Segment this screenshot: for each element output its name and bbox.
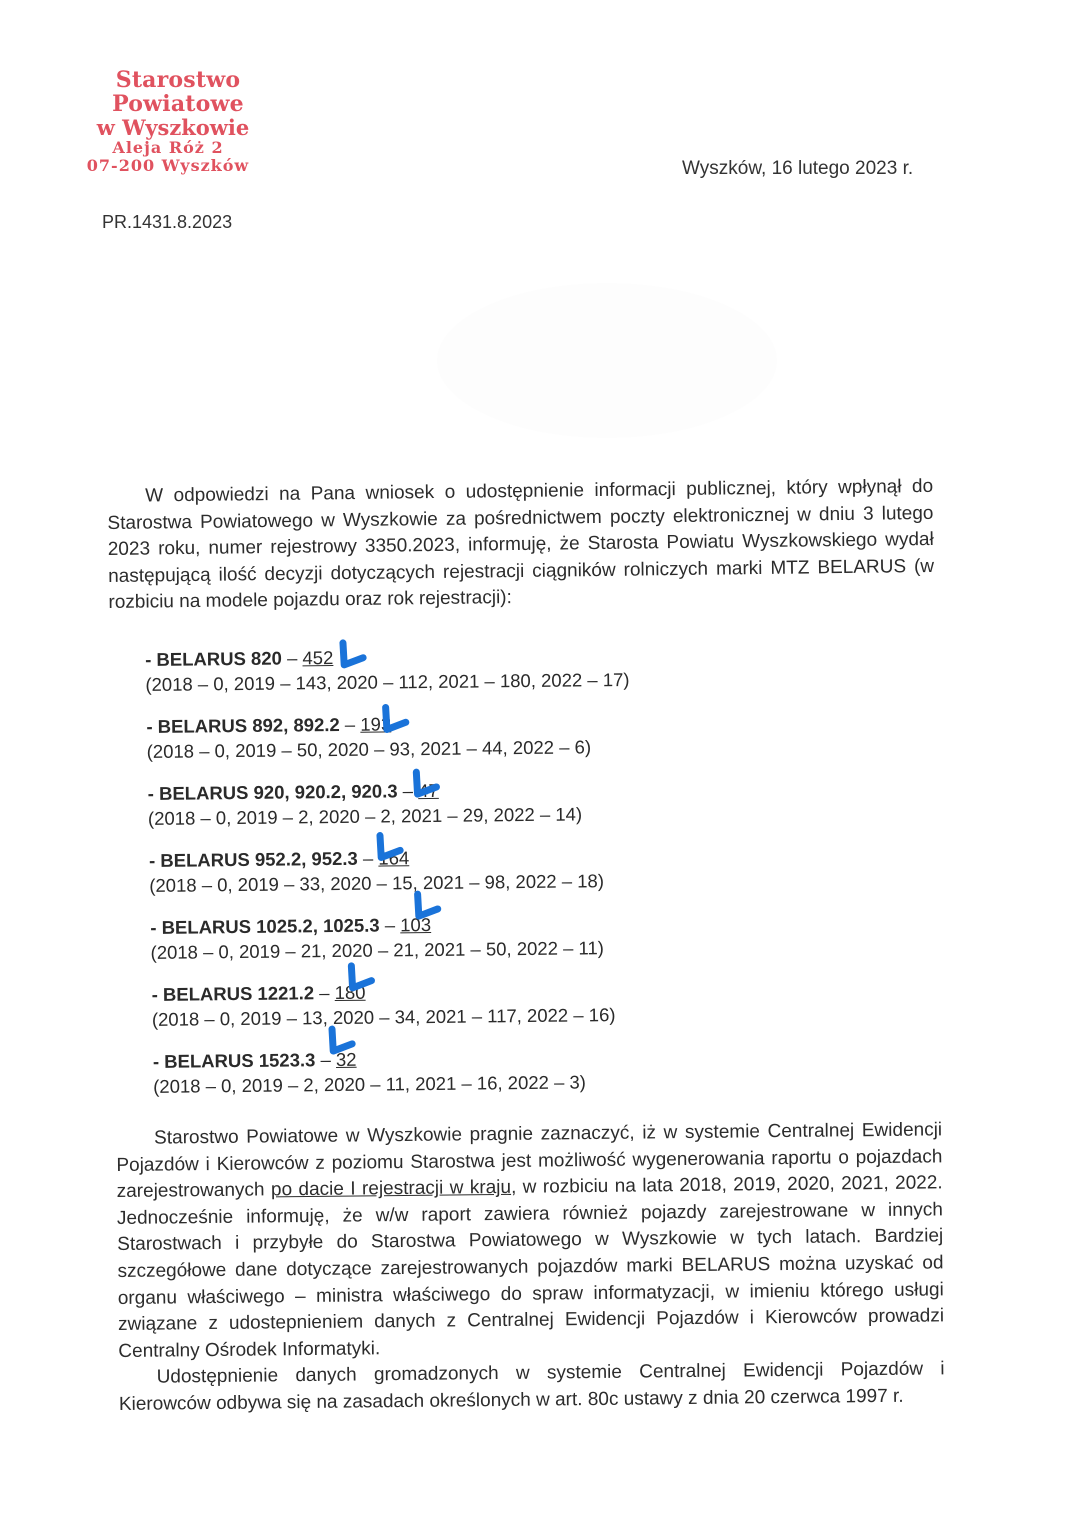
model-name: - BELARUS 820: [145, 648, 282, 670]
redacted-addressee: [437, 283, 777, 438]
model-yearly-breakdown: (2018 – 0, 2019 – 2, 2020 – 11, 2021 – 1…: [153, 1069, 750, 1099]
office-stamp: Starostwo Powiatowe w Wyszkowie Aleja Ró…: [58, 68, 298, 175]
checkmark-icon: [378, 703, 412, 737]
model-name: - BELARUS 952.2, 952.3: [149, 848, 358, 871]
model-entry: - BELARUS 1221.2 – 180(2018 – 0, 2019 – …: [149, 976, 750, 1049]
model-name: - BELARUS 920, 920.2, 920.3: [148, 780, 398, 804]
checkmark-icon: [408, 768, 442, 802]
model-entry: - BELARUS 1025.2, 1025.3 – 103(2018 – 0,…: [148, 909, 749, 982]
model-entry: - BELARUS 892, 892.2 – 193(2018 – 0, 201…: [146, 708, 747, 781]
checkmark-icon: [372, 831, 406, 865]
separator: –: [314, 982, 335, 1003]
second-paragraph-part2: , w rozbiciu na lata 2018, 2019, 2020, 2…: [117, 1173, 944, 1362]
third-paragraph: Udostępnienie danych gromadzonych w syst…: [119, 1359, 945, 1415]
model-yearly-breakdown: (2018 – 0, 2019 – 143, 2020 – 112, 2021 …: [145, 667, 745, 697]
model-entry: - BELARUS 952.2, 952.3 – 164(2018 – 0, 2…: [147, 842, 748, 915]
underlined-phrase: po dacie I rejestracji w kraju: [271, 1177, 511, 1201]
second-paragraph: Starostwo Powiatowe w Wyszkowie pragnie …: [116, 1117, 945, 1418]
model-entry: - BELARUS 820 – 452(2018 – 0, 2019 – 143…: [145, 641, 746, 714]
model-yearly-breakdown: (2018 – 0, 2019 – 13, 2020 – 34, 2021 – …: [152, 1002, 749, 1032]
model-name: - BELARUS 1025.2, 1025.3: [150, 915, 380, 938]
model-yearly-breakdown: (2018 – 0, 2019 – 50, 2020 – 93, 2021 – …: [147, 734, 747, 764]
checkmark-icon: [343, 962, 377, 996]
checkmark-icon: [410, 890, 444, 924]
model-name: - BELARUS 1523.3: [153, 1049, 316, 1072]
model-yearly-breakdown: (2018 – 0, 2019 – 33, 2020 – 15, 2021 – …: [149, 868, 747, 898]
stamp-line-1: Starostwo Powiatowe: [58, 68, 298, 116]
stamp-line-3: Aleja Róż 2: [38, 139, 298, 157]
stamp-line-4: 07-200 Wyszków: [38, 157, 298, 175]
model-list: - BELARUS 820 – 452(2018 – 0, 2019 – 143…: [145, 641, 750, 1116]
checkmark-icon: [324, 1025, 358, 1059]
letter-date: Wyszków, 16 lutego 2023 r.: [682, 158, 913, 180]
model-yearly-breakdown: (2018 – 0, 2019 – 21, 2020 – 21, 2021 – …: [150, 935, 748, 965]
checkmark-icon: [335, 639, 369, 673]
stamp-line-2: w Wyszkowie: [48, 116, 298, 139]
separator: –: [340, 714, 361, 735]
model-entry: - BELARUS 920, 920.2, 920.3 – 47(2018 – …: [146, 775, 747, 848]
intro-paragraph: W odpowiedzi na Pana wniosek o udostępni…: [107, 474, 935, 617]
model-yearly-breakdown: (2018 – 0, 2019 – 2, 2020 – 2, 2021 – 29…: [148, 801, 747, 831]
model-name: - BELARUS 892, 892.2: [146, 714, 340, 737]
model-entry: - BELARUS 1523.3 – 32(2018 – 0, 2019 – 2…: [149, 1043, 750, 1116]
model-total: 452: [302, 647, 333, 668]
reference-number: PR.1431.8.2023: [102, 212, 232, 233]
separator: –: [380, 914, 401, 935]
separator: –: [282, 647, 303, 668]
model-name: - BELARUS 1221.2: [152, 982, 315, 1005]
intro-text: W odpowiedzi na Pana wniosek o udostępni…: [107, 476, 934, 613]
